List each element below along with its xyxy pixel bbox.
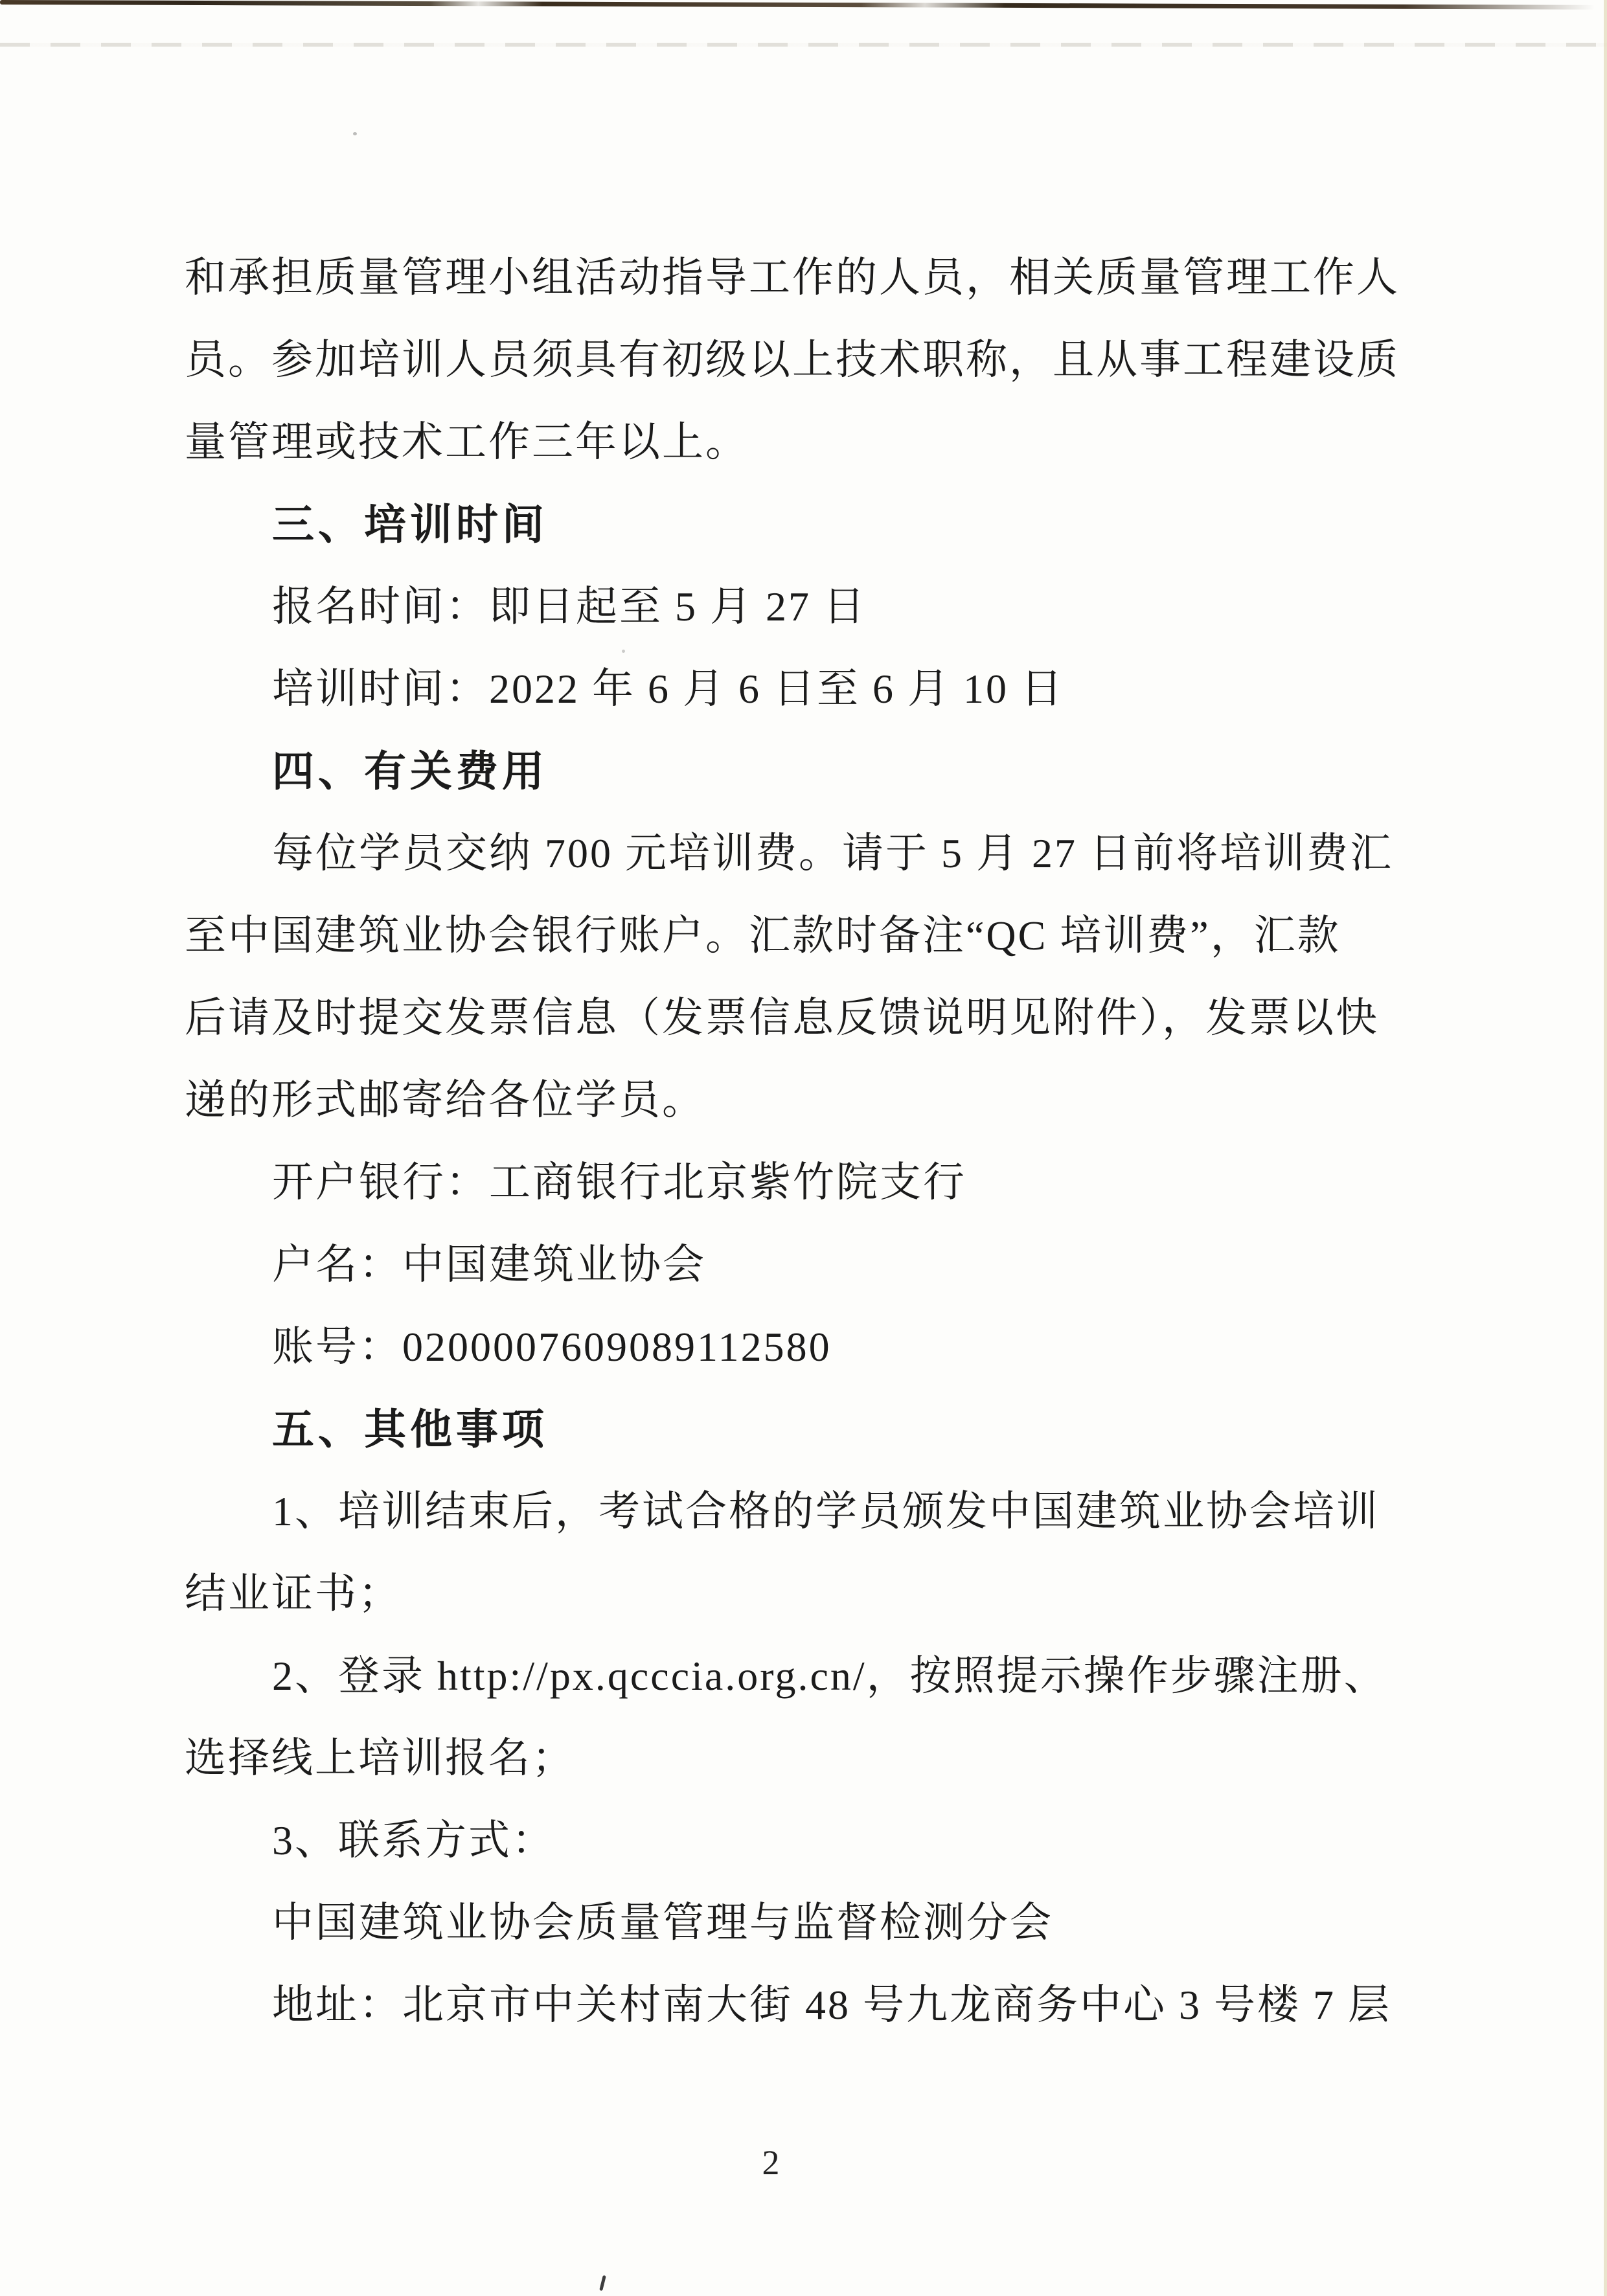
- scan-artifact-top-edge: [0, 0, 1595, 10]
- text-line: 至中国建筑业协会银行账户。汇款时备注“QC 培训费”，汇款: [185, 894, 1454, 977]
- text-line: 开户银行：工商银行北京紫竹院支行: [185, 1141, 1454, 1223]
- heading-line: 五、其他事项: [185, 1388, 1454, 1470]
- text-line: 户名：中国建筑业协会: [185, 1223, 1454, 1306]
- text-line: 3、联系方式：: [185, 1799, 1454, 1881]
- text-line: 选择线上培训报名；: [185, 1717, 1454, 1799]
- scan-artifact-top-band: [0, 43, 1607, 47]
- heading-line: 三、培训时间: [185, 483, 1454, 565]
- text-line: 1、培训结束后，考试合格的学员颁发中国建筑业协会培训: [185, 1470, 1454, 1552]
- text-line: 2、登录 http://px.qcccia.org.cn/，按照提示操作步骤注册…: [185, 1635, 1454, 1717]
- text-line: 递的形式邮寄给各位学员。: [185, 1059, 1454, 1141]
- page-number: 2: [0, 2143, 1542, 2183]
- scan-artifact-bottom-speck: [599, 2275, 606, 2291]
- text-line: 后请及时提交发票信息（发票信息反馈说明见附件），发票以快: [185, 977, 1454, 1059]
- scan-artifact-speck: [353, 132, 357, 135]
- text-line: 员。参加培训人员须具有初级以上技术职称，且从事工程建设质: [185, 319, 1454, 401]
- text-line: 量管理或技术工作三年以上。: [185, 401, 1454, 483]
- document-page: 和承担质量管理小组活动指导工作的人员，相关质量管理工作人员。参加培训人员须具有初…: [0, 0, 1607, 2296]
- text-line: 地址：北京市中关村南大街 48 号九龙商务中心 3 号楼 7 层: [185, 1964, 1454, 2046]
- text-line: 和承担质量管理小组活动指导工作的人员，相关质量管理工作人: [185, 236, 1454, 319]
- text-line: 结业证书；: [185, 1552, 1454, 1635]
- scan-artifact-right-edge: [1604, 0, 1607, 2296]
- text-line: 培训时间：2022 年 6 月 6 日至 6 月 10 日: [185, 648, 1454, 730]
- heading-line: 四、有关费用: [185, 730, 1454, 812]
- text-line: 报名时间：即日起至 5 月 27 日: [185, 565, 1454, 648]
- document-body: 和承担质量管理小组活动指导工作的人员，相关质量管理工作人员。参加培训人员须具有初…: [185, 236, 1454, 2046]
- text-line: 账号：0200007609089112580: [185, 1306, 1454, 1388]
- text-line: 每位学员交纳 700 元培训费。请于 5 月 27 日前将培训费汇: [185, 812, 1454, 894]
- text-line: 中国建筑业协会质量管理与监督检测分会: [185, 1881, 1454, 1964]
